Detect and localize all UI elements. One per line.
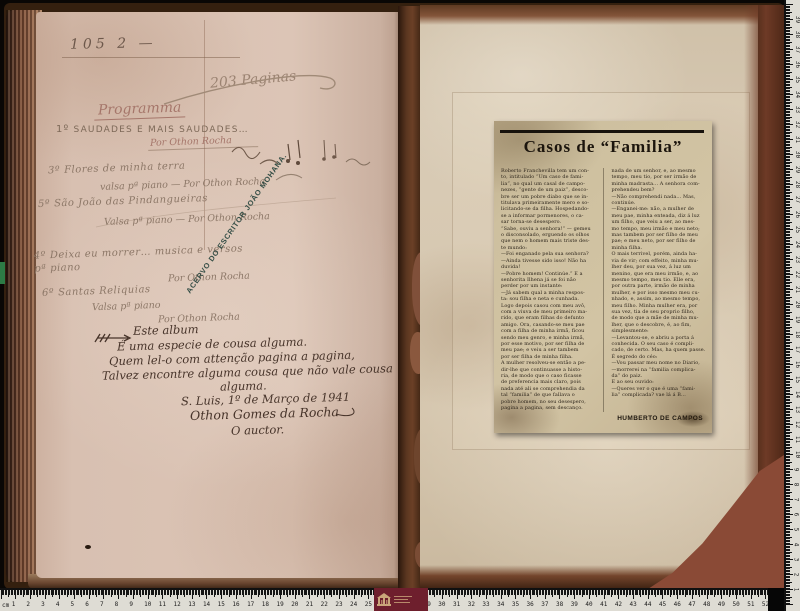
ruler-tick bbox=[786, 337, 790, 338]
ruler-tick bbox=[786, 508, 790, 509]
ruler-tick bbox=[786, 325, 790, 326]
ruler-tick bbox=[786, 321, 790, 322]
ruler-tick bbox=[786, 259, 793, 260]
ruler-number: 27 bbox=[794, 196, 800, 203]
ruler-number: 38 bbox=[556, 601, 563, 608]
ruler-tick bbox=[786, 564, 790, 565]
ruler-tick bbox=[786, 126, 790, 127]
ruler-tick bbox=[786, 351, 790, 352]
ruler-number: 9 bbox=[129, 601, 133, 608]
ruler-tick bbox=[786, 265, 790, 266]
ruler-tick bbox=[786, 63, 790, 64]
ruler-tick bbox=[786, 112, 790, 113]
ruler-tick bbox=[786, 141, 790, 142]
ruler-number: 22 bbox=[794, 271, 800, 278]
clipping-text-line: de modo que a mãe de minha mu- bbox=[611, 315, 705, 321]
ruler-tick bbox=[786, 292, 790, 293]
ruler-number: 13 bbox=[188, 601, 195, 608]
ruler-tick bbox=[786, 31, 790, 32]
ruler-number: 14 bbox=[794, 391, 800, 398]
ruler-tick bbox=[786, 64, 793, 65]
ruler-tick bbox=[786, 220, 790, 221]
ruler-tick bbox=[786, 477, 792, 478]
ruler-tick bbox=[786, 247, 790, 248]
ruler-tick bbox=[786, 127, 790, 128]
ruler-tick bbox=[786, 397, 790, 398]
ruler-tick bbox=[786, 346, 790, 347]
ruler-tick bbox=[786, 528, 790, 529]
ruler-tick bbox=[786, 348, 790, 349]
ruler-number: 41 bbox=[600, 601, 607, 608]
ruler-tick bbox=[786, 406, 790, 407]
ruler-tick bbox=[786, 172, 790, 173]
ruler-tick bbox=[786, 432, 792, 433]
ruler-number: 1 bbox=[12, 601, 16, 608]
ruler-tick bbox=[786, 523, 790, 524]
clipping-body: Roberto Franchevilla tem um con-to, inti… bbox=[501, 168, 705, 412]
ruler-tick bbox=[786, 208, 790, 209]
ruler-tick bbox=[786, 331, 790, 332]
ruler-tick bbox=[786, 342, 792, 343]
ruler-number: 3 bbox=[41, 601, 45, 608]
ruler-tick bbox=[786, 36, 790, 37]
ruler-tick bbox=[786, 505, 790, 506]
ruler-tick bbox=[786, 358, 790, 359]
ruler-tick bbox=[786, 256, 790, 257]
ruler-number: 28 bbox=[794, 181, 800, 188]
ruler-tick bbox=[786, 108, 790, 109]
ruler-tick bbox=[786, 21, 790, 22]
ruler-tick bbox=[786, 436, 790, 437]
ruler-tick bbox=[786, 15, 790, 16]
ruler-tick bbox=[786, 34, 793, 35]
ruler-tick bbox=[786, 123, 790, 124]
ruler-tick bbox=[786, 390, 790, 391]
ruler-tick bbox=[786, 96, 790, 97]
ruler-tick bbox=[786, 439, 793, 440]
ruler-number: 47 bbox=[688, 601, 695, 608]
ruler-tick bbox=[786, 214, 793, 215]
ruler-number: 19 bbox=[276, 601, 283, 608]
ruler-tick bbox=[786, 324, 790, 325]
ruler-tick bbox=[786, 241, 790, 242]
ruler-tick bbox=[786, 40, 790, 41]
ruler-tick bbox=[786, 258, 790, 259]
ruler-tick bbox=[786, 133, 790, 134]
ruler-number: 19 bbox=[794, 316, 800, 323]
ruler-tick bbox=[786, 42, 792, 43]
ruler-tick bbox=[786, 379, 793, 380]
ruler-tick bbox=[786, 46, 790, 47]
ruler-tick bbox=[786, 525, 790, 526]
ruler-tick bbox=[786, 232, 790, 233]
ruler-number: 20 bbox=[794, 301, 800, 308]
ruler-number: 16 bbox=[794, 361, 800, 368]
ruler-tick bbox=[786, 384, 790, 385]
clipping-text-line: pae; e meu neto, por ser filho de bbox=[611, 238, 705, 244]
ruler-tick bbox=[786, 237, 792, 238]
ruler-tick bbox=[786, 171, 790, 172]
ruler-tick bbox=[786, 600, 790, 601]
ruler-tick bbox=[786, 61, 790, 62]
ruler-tick bbox=[786, 52, 790, 53]
ruler-tick bbox=[786, 154, 793, 155]
ruler-tick bbox=[786, 102, 792, 103]
ruler-tick bbox=[786, 73, 790, 74]
ruler-tick bbox=[786, 10, 790, 11]
ruler-tick bbox=[786, 228, 790, 229]
ruler-number: 10 bbox=[794, 451, 800, 458]
ruler-number: 2 bbox=[26, 601, 30, 608]
ruler-tick bbox=[786, 150, 790, 151]
ruler-tick bbox=[786, 118, 790, 119]
ruler-tick bbox=[786, 216, 790, 217]
ruler-number: 31 bbox=[453, 601, 460, 608]
clipping-text-line: Logo depois casou com meu avô, bbox=[501, 303, 595, 309]
ruler-tick bbox=[786, 420, 790, 421]
ruler-tick bbox=[786, 117, 792, 118]
ruler-tick bbox=[786, 487, 790, 488]
ruler-tick bbox=[786, 372, 792, 373]
ruler-tick bbox=[786, 9, 790, 10]
ruler-tick bbox=[786, 561, 790, 562]
ruler-tick bbox=[786, 483, 790, 484]
ruler-tick bbox=[786, 298, 790, 299]
clipping-text-line: menino, que era meu irmão, e, ao bbox=[611, 271, 705, 277]
ruler-number: 25 bbox=[794, 226, 800, 233]
ruler-tick bbox=[786, 366, 790, 367]
ruler-tick bbox=[786, 385, 790, 386]
ruler-tick bbox=[786, 328, 790, 329]
ruler-tick bbox=[786, 280, 790, 281]
ruler-tick bbox=[786, 549, 790, 550]
ruler-tick bbox=[786, 295, 790, 296]
ruler-number: 44 bbox=[644, 601, 651, 608]
ruler-tick bbox=[786, 169, 793, 170]
ruler-tick bbox=[786, 495, 790, 496]
ruler-tick bbox=[786, 306, 790, 307]
clipping-text-line: por outra parte, irmão de minha bbox=[611, 283, 705, 289]
ruler-tick bbox=[786, 132, 792, 133]
ruler-tick bbox=[786, 361, 790, 362]
ruler-tick bbox=[786, 504, 790, 505]
ruler-tick bbox=[786, 13, 790, 14]
ruler-tick bbox=[786, 310, 790, 311]
ruler-number: 33 bbox=[482, 601, 489, 608]
ruler-tick bbox=[786, 430, 790, 431]
ruler-tick bbox=[786, 174, 790, 175]
clipping-text-line: pagina a pagina, sem descanço. bbox=[501, 405, 595, 411]
ruler-number: 6 bbox=[792, 513, 799, 517]
ruler-tick bbox=[786, 196, 790, 197]
clipping-text-line: com a filha de minha irmã, ficou bbox=[501, 328, 595, 334]
ruler-tick bbox=[786, 454, 793, 455]
ruler-number: 34 bbox=[794, 91, 800, 98]
ruler-tick bbox=[786, 511, 790, 512]
ruler-tick bbox=[786, 90, 790, 91]
ruler-tick bbox=[786, 438, 790, 439]
ruler-tick bbox=[786, 160, 790, 161]
ruler-tick bbox=[786, 354, 790, 355]
ruler-tick bbox=[786, 253, 790, 254]
ruler-tick bbox=[786, 393, 790, 394]
ruler-tick bbox=[786, 418, 790, 419]
ruler-tick bbox=[786, 531, 790, 532]
ruler-tick bbox=[786, 447, 792, 448]
ruler-tick bbox=[786, 403, 790, 404]
archive-logo bbox=[374, 588, 428, 611]
ruler-tick bbox=[786, 552, 792, 553]
ruler-tick bbox=[786, 165, 790, 166]
ruler-tick bbox=[786, 264, 790, 265]
archival-scan: 105 2 — 203 Paginas Programma 1ºSAUDADES… bbox=[0, 0, 800, 611]
ruler-tick bbox=[786, 415, 790, 416]
ruler-tick bbox=[786, 481, 790, 482]
ruler-tick bbox=[786, 376, 790, 377]
ruler-tick bbox=[786, 543, 790, 544]
ruler-tick bbox=[786, 114, 790, 115]
ruler-number: 11 bbox=[159, 601, 166, 608]
ruler-tick bbox=[786, 555, 790, 556]
ruler-tick bbox=[786, 423, 790, 424]
ruler-tick bbox=[786, 255, 790, 256]
ruler-tick bbox=[786, 586, 790, 587]
ruler-tick bbox=[786, 583, 790, 584]
ruler-tick bbox=[786, 496, 790, 497]
ink-speck bbox=[85, 545, 91, 549]
ruler-tick bbox=[786, 412, 790, 413]
ruler-tick bbox=[786, 202, 790, 203]
ruler-tick bbox=[786, 502, 790, 503]
ruler-number: 24 bbox=[350, 601, 357, 608]
ruler-tick bbox=[786, 327, 792, 328]
ruler-tick bbox=[786, 7, 790, 8]
ruler-number: 40 bbox=[585, 601, 592, 608]
ruler-tick bbox=[786, 162, 792, 163]
ruler-tick bbox=[786, 517, 790, 518]
ruler-tick bbox=[786, 573, 790, 574]
ruler-tick bbox=[786, 234, 790, 235]
ruler-tick bbox=[786, 84, 790, 85]
ruler-tick bbox=[786, 231, 790, 232]
ruler-tick bbox=[786, 490, 790, 491]
ruler-tick bbox=[786, 184, 793, 185]
ruler-tick bbox=[786, 199, 793, 200]
dedication-closing: O auctor. bbox=[231, 422, 285, 437]
ruler-tick bbox=[786, 402, 792, 403]
ruler-number: 35 bbox=[512, 601, 519, 608]
ruler-tick bbox=[786, 55, 790, 56]
ruler-number: 31 bbox=[794, 136, 800, 143]
ruler-tick bbox=[786, 601, 790, 602]
ruler-number: 18 bbox=[262, 601, 269, 608]
ruler-tick bbox=[786, 193, 790, 194]
ruler-tick bbox=[786, 480, 790, 481]
ruler-number: 29 bbox=[794, 166, 800, 173]
ruler-number: 14 bbox=[203, 601, 210, 608]
ruler-tick bbox=[786, 562, 790, 563]
ruler-number: 30 bbox=[794, 151, 800, 158]
ruler-tick bbox=[786, 568, 790, 569]
clipping-text-line: cado, de certo. Mas, ha quem passe. bbox=[611, 347, 705, 353]
ruler-tick bbox=[786, 579, 790, 580]
ruler-tick bbox=[786, 217, 790, 218]
ruler-tick bbox=[786, 391, 790, 392]
ruler-tick bbox=[786, 300, 790, 301]
ruler-tick bbox=[786, 592, 790, 593]
headline-rule bbox=[500, 130, 704, 133]
ruler-tick bbox=[786, 340, 790, 341]
ruler-tick bbox=[786, 444, 790, 445]
ruler-number: 25 bbox=[365, 601, 372, 608]
ruler-tick bbox=[786, 22, 790, 23]
ruler-tick bbox=[786, 159, 790, 160]
ruler-tick bbox=[786, 570, 790, 571]
clipping-column-1: Roberto Franchevilla tem um con-to, inti… bbox=[501, 168, 595, 412]
ruler-tick bbox=[786, 39, 790, 40]
ruler-tick bbox=[786, 541, 790, 542]
ruler-number: 50 bbox=[733, 601, 740, 608]
ruler-tick bbox=[786, 115, 790, 116]
ruler-tick bbox=[786, 585, 790, 586]
ruler-tick bbox=[786, 136, 790, 137]
ruler-tick bbox=[786, 571, 790, 572]
ruler-tick bbox=[786, 99, 790, 100]
ruler-number: 45 bbox=[659, 601, 666, 608]
clipping-column-2: nada de um senhor, e, ao mesmotempo, meu… bbox=[603, 168, 705, 412]
ruler-tick bbox=[786, 463, 790, 464]
ruler-tick bbox=[786, 207, 792, 208]
ruler-tick bbox=[786, 294, 790, 295]
ruler-tick bbox=[786, 271, 790, 272]
ruler-tick bbox=[786, 72, 792, 73]
ruler-number: 7 bbox=[792, 498, 799, 502]
ruler-tick bbox=[786, 588, 790, 589]
ruler-number: 15 bbox=[794, 376, 800, 383]
ruler-tick bbox=[786, 492, 792, 493]
ruler-tick bbox=[786, 87, 792, 88]
ruler-tick bbox=[786, 226, 790, 227]
ruler-tick bbox=[786, 478, 790, 479]
ruler-number: 5 bbox=[71, 601, 75, 608]
logo-text-lines bbox=[394, 596, 412, 604]
ruler-tick bbox=[786, 550, 790, 551]
ruler-tick bbox=[786, 16, 790, 17]
ruler-tick bbox=[786, 370, 790, 371]
ruler-tick bbox=[786, 235, 790, 236]
ruler-number: 12 bbox=[794, 421, 800, 428]
ruler-tick bbox=[786, 279, 790, 280]
ruler-tick bbox=[786, 540, 790, 541]
ruler-number: 12 bbox=[174, 601, 181, 608]
cover-top-edge bbox=[420, 5, 758, 25]
ruler-tick bbox=[786, 513, 790, 514]
ruler-tick bbox=[786, 252, 792, 253]
ruler-tick bbox=[786, 388, 790, 389]
clipping-text-line: que nem o homem mais triste des- bbox=[501, 238, 595, 244]
ruler-tick bbox=[786, 276, 790, 277]
ruler-number: 8 bbox=[115, 601, 119, 608]
ruler-tick bbox=[786, 229, 793, 230]
ruler-tick bbox=[786, 66, 790, 67]
ruler-tick bbox=[786, 124, 793, 125]
ruler-tick bbox=[786, 76, 790, 77]
ruler-tick bbox=[786, 45, 790, 46]
ruler-tick bbox=[786, 285, 790, 286]
ruler-number: 5 bbox=[792, 528, 799, 532]
ruler-tick bbox=[786, 468, 790, 469]
clipping-text-line: tempo, meu tio, por ser irmão de bbox=[611, 174, 705, 180]
ruler-tick bbox=[786, 81, 790, 82]
ruler-tick bbox=[786, 577, 790, 578]
ruler-tick bbox=[786, 187, 790, 188]
ruler-tick bbox=[786, 43, 790, 44]
ruler-tick bbox=[786, 168, 790, 169]
ruler-number: 36 bbox=[794, 61, 800, 68]
ruler-number: 15 bbox=[218, 601, 225, 608]
ruler-tick bbox=[786, 595, 790, 596]
ruler-number: 8 bbox=[792, 483, 799, 487]
ruler-tick bbox=[786, 304, 793, 305]
ruler-tick bbox=[786, 451, 790, 452]
ruler-tick bbox=[786, 273, 790, 274]
ruler-tick bbox=[786, 153, 790, 154]
ruler-tick bbox=[786, 472, 790, 473]
clipping-text-line: A mulher resolveu-se então a pe- bbox=[501, 360, 595, 366]
ruler-tick bbox=[786, 238, 790, 239]
ruler-number: 4 bbox=[56, 601, 60, 608]
ruler-tick bbox=[786, 147, 792, 148]
ruler-tick bbox=[786, 144, 790, 145]
ruler-number: 23 bbox=[794, 256, 800, 263]
ruler-tick bbox=[786, 546, 790, 547]
ruler-tick bbox=[786, 493, 790, 494]
ruler-tick bbox=[786, 414, 790, 415]
ruler-tick bbox=[786, 262, 790, 263]
ruler-number: 42 bbox=[615, 601, 622, 608]
ruler-tick bbox=[786, 181, 790, 182]
ruler-tick bbox=[786, 129, 790, 130]
ruler-number: 21 bbox=[306, 601, 313, 608]
ruler-tick bbox=[786, 70, 790, 71]
ruler-tick bbox=[786, 582, 792, 583]
ruler-tick bbox=[786, 225, 790, 226]
clipping-text-line: rido, que eram filhas do defunto bbox=[501, 315, 595, 321]
ruler-tick bbox=[786, 267, 792, 268]
ruler-tick bbox=[786, 520, 790, 521]
ruler-tick bbox=[786, 417, 792, 418]
ruler-tick bbox=[786, 88, 790, 89]
clipping-text-line: nezes, “gente de um paiz”, desco- bbox=[501, 187, 595, 193]
clipping-title: Casos de “Familia” bbox=[494, 137, 712, 157]
ruler-tick bbox=[786, 567, 792, 568]
ruler-tick bbox=[786, 445, 790, 446]
ruler-tick bbox=[786, 79, 793, 80]
ruler-tick bbox=[786, 565, 790, 566]
ruler-tick bbox=[786, 25, 790, 26]
archive-building-icon bbox=[376, 592, 392, 608]
handwritten-number: 105 2 — bbox=[70, 35, 157, 53]
ruler-tick bbox=[786, 301, 790, 302]
ruler-number: 22 bbox=[321, 601, 328, 608]
ruler-tick bbox=[786, 319, 793, 320]
ruler-tick bbox=[786, 130, 790, 131]
ruler-tick bbox=[786, 594, 790, 595]
ruler-tick bbox=[786, 189, 790, 190]
ruler-tick bbox=[786, 246, 790, 247]
ruler-tick bbox=[786, 535, 790, 536]
ruler-tick bbox=[786, 399, 790, 400]
